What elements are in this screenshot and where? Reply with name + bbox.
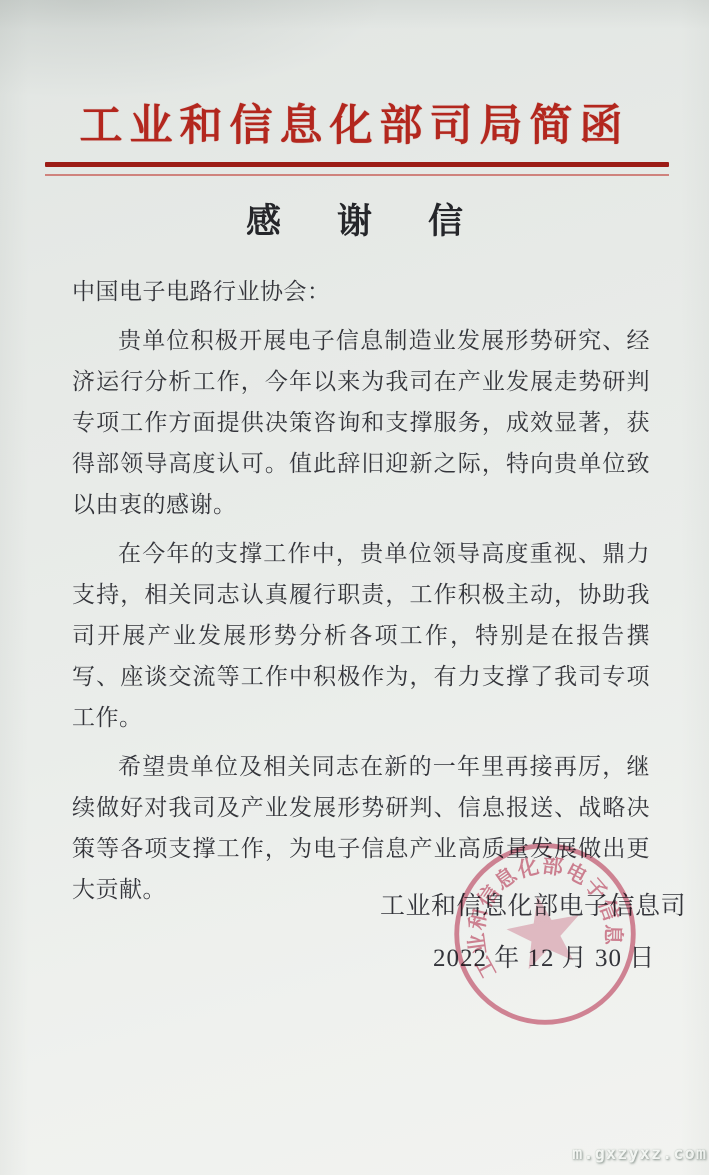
letterhead-rule — [45, 162, 669, 176]
letter-body: 中国电子电路行业协会： 贵单位积极开展电子信息制造业发展形势研究、经济运行分析工… — [72, 271, 650, 910]
scanned-letter-page: 工业和信息化部司局简函 感谢信 中国电子电路行业协会： 贵单位积极开展电子信息制… — [0, 0, 709, 1175]
signature-department: 工业和信息化部电子信息司 — [380, 886, 686, 922]
site-watermark: m.gxzyxz.com — [572, 1144, 707, 1164]
paragraph-2: 在今年的支撑工作中，贵单位领导高度重视、鼎力支持，相关同志认真履行职责，工作积极… — [72, 533, 650, 738]
letterhead-rule-thin — [45, 174, 669, 176]
letterhead-title: 工业和信息化部司局简函 — [0, 92, 709, 153]
signature-date: 2022 年 12 月 30 日 — [433, 938, 655, 974]
document-title-text: 感谢信 — [246, 202, 519, 241]
salutation: 中国电子电路行业协会： — [72, 271, 650, 312]
letterhead-rule-thick — [45, 162, 669, 167]
paragraph-1: 贵单位积极开展电子信息制造业发展形势研究、经济运行分析工作，今年以来为我司在产业… — [72, 320, 650, 525]
document-title: 感谢信 — [0, 194, 709, 244]
